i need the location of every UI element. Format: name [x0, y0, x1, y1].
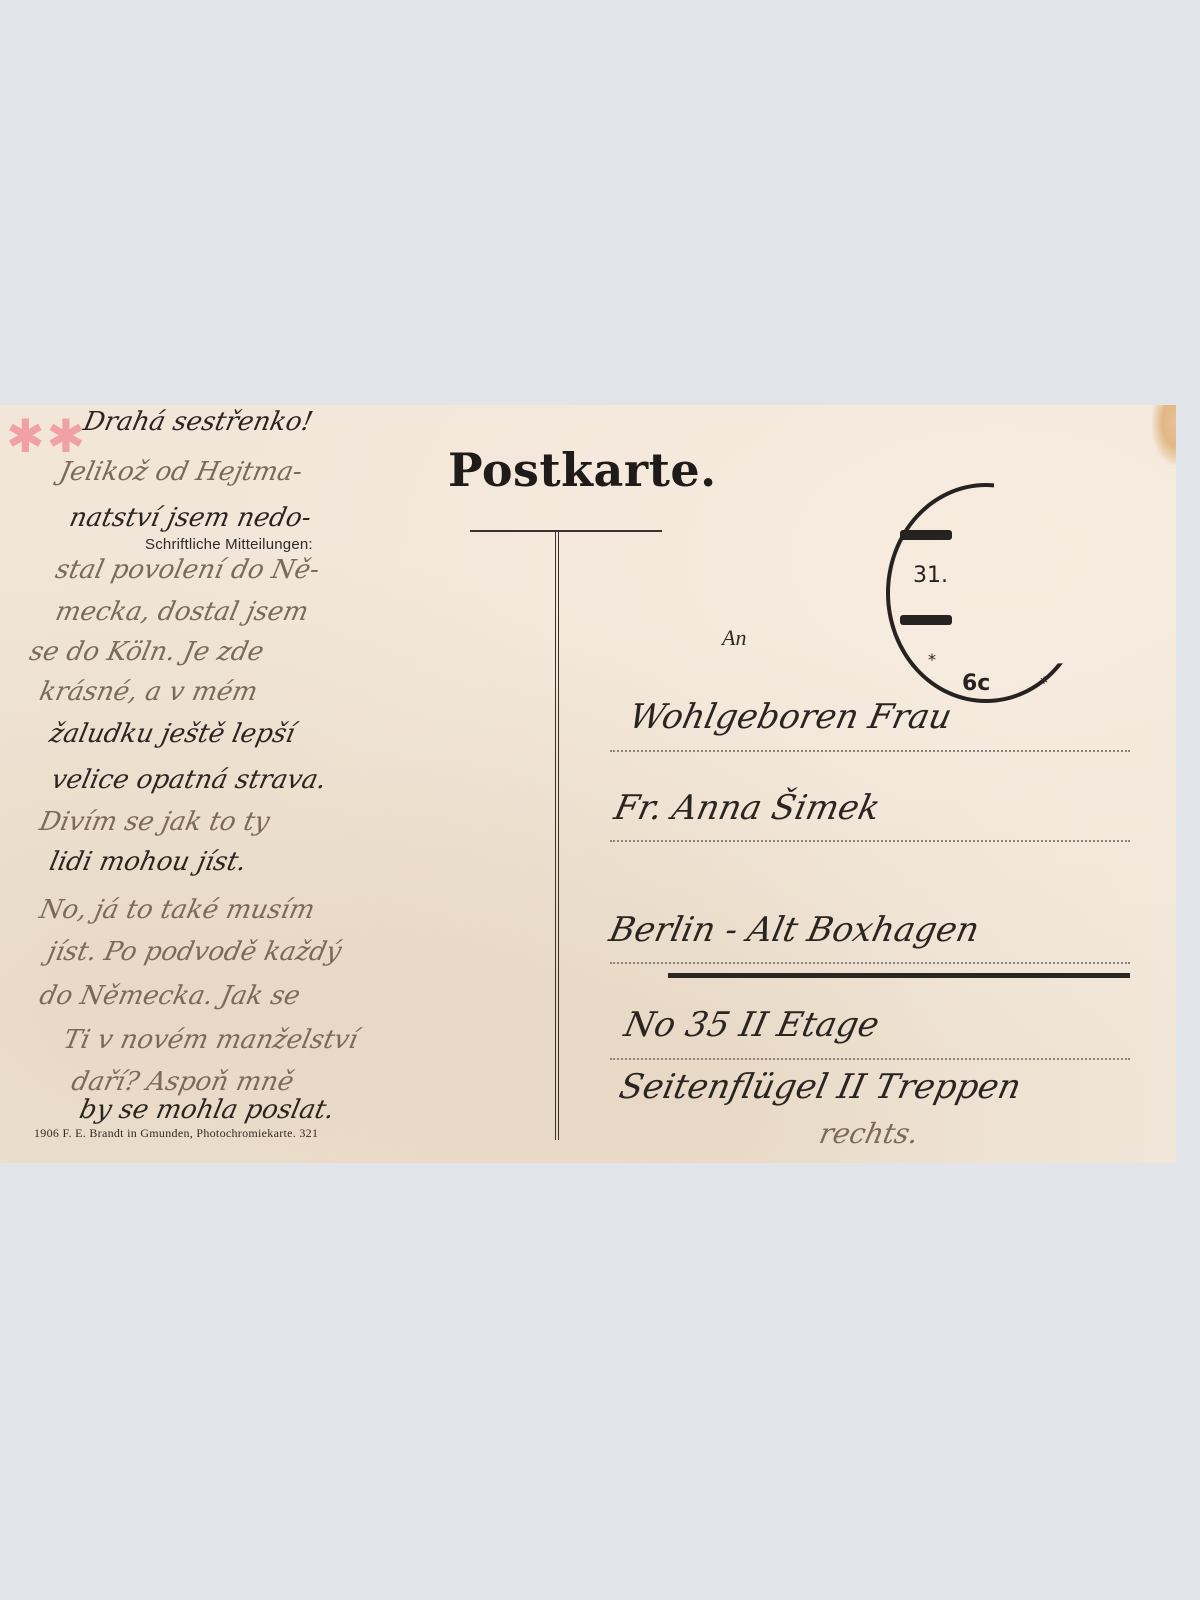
pink-rosette-decoration: ✱ ✱ [6, 413, 85, 459]
message-line: Drahá sestřenko! [81, 407, 316, 437]
message-line: No, já to také musím [37, 895, 318, 925]
message-line: Divím se jak to ty [37, 807, 273, 837]
postmark-bar [900, 615, 952, 625]
rosette-icon: ✱ [47, 413, 86, 459]
postmark-code: 6c [962, 671, 990, 696]
address-dotted-line [610, 962, 1130, 964]
address-line: Fr. Anna Šimek [611, 788, 884, 828]
message-line: žaludku ještě lepší [47, 719, 298, 749]
address-line: Seitenflügel II Treppen [616, 1067, 1025, 1107]
title-rule [470, 530, 662, 532]
message-line: daří? Aspoň mně [69, 1067, 297, 1097]
message-section-label: Schriftliche Mitteilungen: [145, 536, 313, 553]
address-city-rule [668, 973, 1130, 978]
star-icon: * [1040, 673, 1048, 692]
worn-corner [1152, 405, 1176, 465]
message-line: se do Köln. Je zde [27, 637, 267, 667]
message-line: do Německa. Jak se [37, 981, 303, 1011]
publisher-imprint: 1906 F. E. Brandt in Gmunden, Photochrom… [34, 1126, 318, 1141]
postcard-title: Postkarte. [448, 443, 717, 497]
address-line: No 35 II Etage [621, 1005, 883, 1045]
address-line: rechts. [816, 1117, 921, 1150]
vertical-divider [555, 530, 559, 1140]
address-dotted-line [610, 1058, 1130, 1060]
message-line: mecka, dostal jsem [53, 597, 311, 627]
message-line: Ti v novém manželství [61, 1025, 361, 1055]
rosette-icon: ✱ [6, 413, 45, 459]
message-line: by se mohla poslat. [77, 1095, 337, 1125]
address-prefix: An [722, 625, 746, 651]
message-line: stal povolení do Ně- [53, 555, 322, 585]
message-line: jíst. Po podvodě každý [45, 937, 344, 967]
message-line: natství jsem nedo- [67, 503, 314, 533]
postmark-date: 31. [913, 563, 948, 588]
address-dotted-line [610, 750, 1130, 752]
message-line: Jelikož od Hejtma- [57, 457, 305, 487]
address-dotted-line [610, 840, 1130, 842]
message-line: krásné, a v mém [37, 677, 260, 707]
message-line: lidi mohou jíst. [47, 847, 249, 877]
postcard-back: ✱ ✱ Postkarte. Schriftliche Mitteilungen… [0, 405, 1176, 1163]
address-line: Berlin - Alt Boxhagen [606, 910, 983, 950]
star-icon: * [928, 650, 936, 669]
postmark-ring [886, 483, 1086, 703]
postmark-bar [900, 530, 952, 540]
address-line: Wohlgeboren Frau [626, 697, 956, 737]
message-line: velice opatná strava. [49, 765, 329, 795]
